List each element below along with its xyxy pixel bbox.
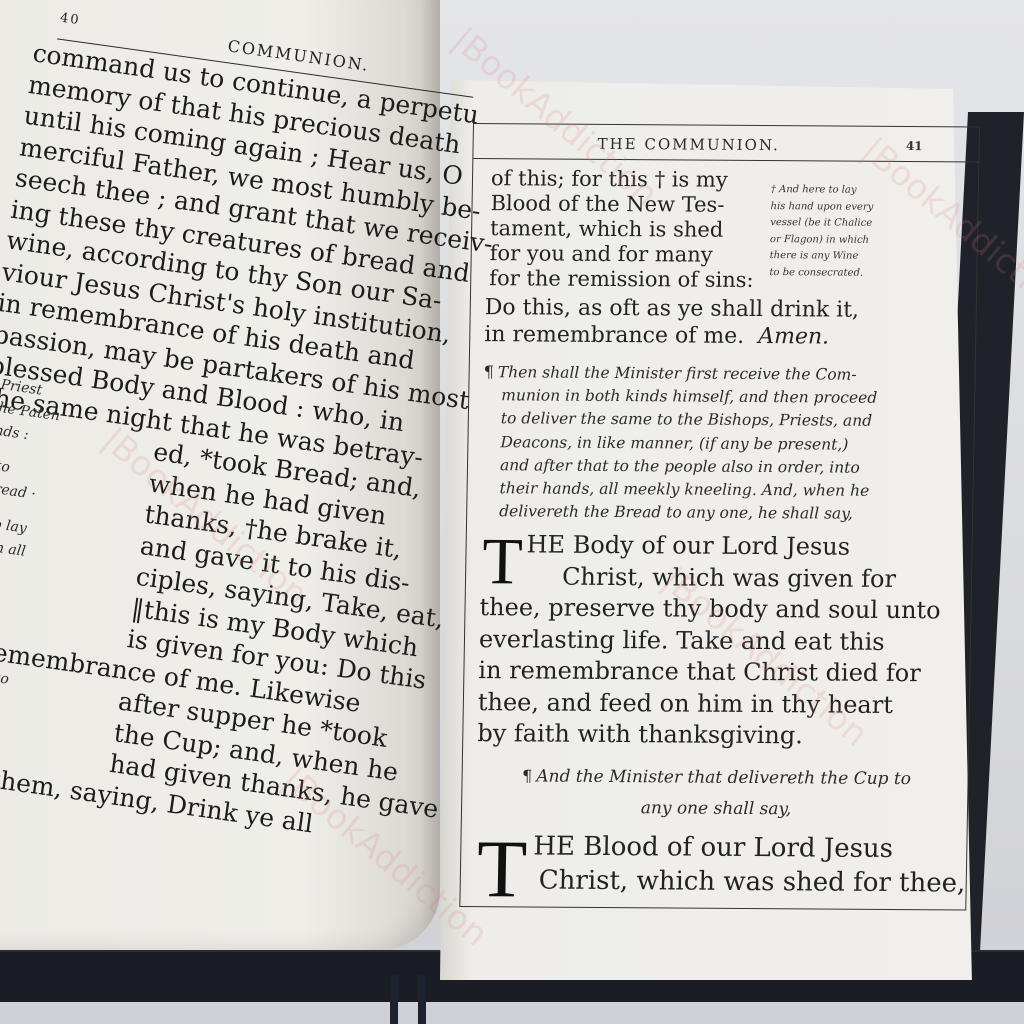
pilcrow-icon: ¶ (483, 362, 494, 381)
rubric-text: And the Minister that delivereth the Cup… (536, 766, 911, 789)
photo-scene: THE COMMUNION. 41 of this; for this † is… (0, 0, 1024, 1024)
running-head: THE COMMUNION. 41 (473, 124, 979, 163)
page-number: 41 (906, 139, 923, 153)
page-number: 40 (59, 11, 81, 29)
text-line: of this; for this † is my (491, 166, 781, 193)
text-line: Christ, which was shed for thee, (474, 863, 955, 900)
running-head-title: THE COMMUNION. (597, 135, 780, 154)
drop-cap: T (482, 532, 523, 594)
bread-words: T HE Body of our Lord Jesus Christ, whic… (477, 530, 961, 754)
top-lines: of this; for this † is my Blood of the N… (489, 166, 781, 293)
rubric-line: munion in both kinds himself, and then p… (483, 384, 963, 411)
note-line: his hand upon every (770, 199, 920, 217)
note-line: * Here he is to (0, 629, 50, 674)
text-line: Christ, which was given for (480, 561, 961, 596)
rubric-line: ¶And the Minister that delivereth the Cu… (476, 760, 957, 795)
rubric-line: to deliver the same to the Bishops, Prie… (483, 408, 963, 435)
margin-note: † And here to break the Bread · (0, 444, 76, 512)
rubric-line: and after that to the people also in ord… (482, 454, 962, 481)
margin-note: ‖ And here to lay his hand upon all the … (0, 501, 68, 592)
text-line: HE Body of our Lord Jesus (480, 530, 961, 565)
text-line: thee, and feed on him in thy heart (478, 687, 959, 722)
rubric-bread: ¶Then shall the Minister first receive t… (481, 360, 964, 527)
text-line: for you and for many (490, 241, 780, 268)
cup-words: T HE Blood of our Lord Jesus Christ, whi… (474, 829, 955, 900)
bookmark-ribbon (390, 975, 398, 1024)
para-lines: HE Blood of our Lord Jesus Christ, which… (474, 829, 955, 900)
margin-note: † And here to lay his hand upon every ve… (769, 182, 921, 282)
rubric-line: Deacons, in like manner, (if any be pres… (482, 431, 962, 458)
rubric-line: ¶Then shall the Minister first receive t… (483, 360, 963, 388)
text-line: for the remission of sins: (489, 266, 779, 293)
rubric-line: any one shall say, (476, 792, 956, 826)
note-line: there is any Wine (770, 248, 920, 266)
note-line: † And here to lay (771, 182, 921, 200)
text-line: tament, which is shed (490, 216, 780, 243)
text-line: everlasting life. Take and eat this (479, 624, 960, 659)
text-line: thee, preserve thy body and soul unto (479, 593, 960, 628)
text-line: HE Blood of our Lord Jesus (475, 829, 956, 866)
note-line: or Flagon) in which (770, 232, 920, 250)
rubric-cup: ¶And the Minister that delivereth the Cu… (476, 760, 957, 826)
pilcrow-icon: ¶ (522, 766, 533, 785)
right-page-text-frame: THE COMMUNION. 41 of this; for this † is… (459, 123, 980, 911)
left-page-content: 40 COMMUNION. command us to continue, a … (0, 0, 436, 952)
para-lines: HE Body of our Lord Jesus Christ, which … (477, 530, 961, 754)
amen: Amen. (758, 324, 829, 349)
text-line: in remembrance that Christ died for (478, 656, 959, 691)
text-line: Do this, as oft as ye shall drink it, (485, 294, 965, 324)
note-line: vessel (be it Chalice (770, 215, 920, 233)
text-fragment: in remembrance of me. (484, 322, 744, 349)
text-line: in remembrance of me. Amen. (484, 321, 964, 351)
rubric-line: delivereth the Bread to any one, he shal… (481, 500, 961, 527)
full-lines: Do this, as oft as ye shall drink it, in… (484, 294, 965, 351)
left-page-wrap: 40 COMMUNION. command us to continue, a … (0, 0, 450, 960)
right-page-body: of this; for this † is my Blood of the N… (474, 166, 967, 900)
top-block: of this; for this † is my Blood of the N… (485, 166, 967, 297)
bookmark-ribbon (418, 975, 426, 1024)
text-line: by faith with thanksgiving. (477, 719, 958, 754)
text-line: Blood of the New Tes- (490, 191, 780, 218)
rubric-text: Then shall the Minister first receive th… (498, 363, 857, 384)
drop-cap: T (476, 831, 527, 907)
rubric-line: their hands, all meekly kneeling. And, w… (481, 477, 961, 504)
note-line: to be consecrated. (769, 265, 919, 283)
